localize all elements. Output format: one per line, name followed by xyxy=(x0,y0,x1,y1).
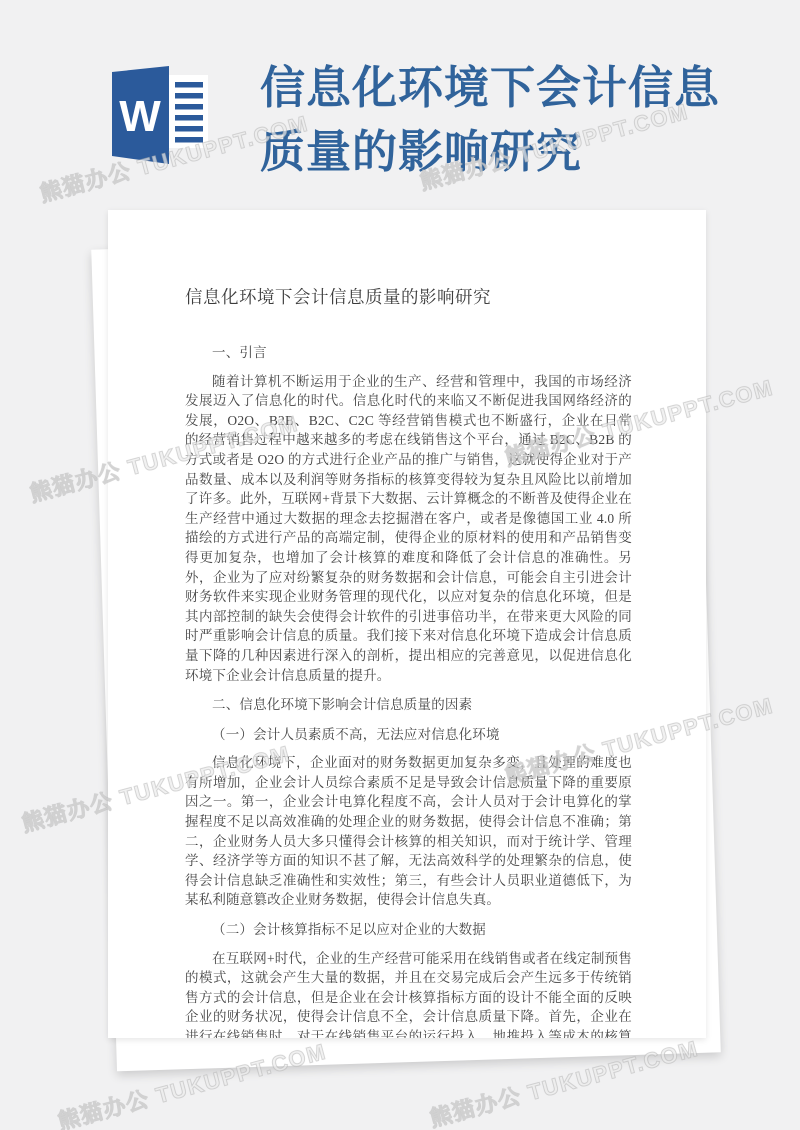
word-icon-w-letter: W xyxy=(119,92,161,141)
document-page: 信息化环境下会计信息质量的影响研究 一、引言 随着计算机不断运用于企业的生产、经… xyxy=(108,210,706,1038)
page-title-line2: 质量的影响研究 xyxy=(260,120,730,184)
word-file-icon-svg: W xyxy=(112,64,212,168)
subsection-heading-accounting-indicators: （二）会计核算指标不足以应对企业的大数据 xyxy=(185,920,632,940)
section-heading-introduction: 一、引言 xyxy=(185,343,632,363)
paragraph-introduction: 随着计算机不断运用于企业的生产、经营和管理中，我国的市场经济发展迈入了信息化的时… xyxy=(185,372,632,686)
paragraph-personnel-quality: 信息化环境下，企业面对的财务数据更加复杂多变，且处理的难度也有所增加，企业会计人… xyxy=(185,753,632,910)
paragraph-accounting-indicators: 在互联网+时代，企业的生产经营可能采用在线销售或者在线定制预售的模式，这就会产生… xyxy=(185,949,632,1038)
page-title-line1: 信息化环境下会计信息 xyxy=(260,56,730,120)
document-title: 信息化环境下会计信息质量的影响研究 xyxy=(185,284,632,309)
section-heading-factors: 二、信息化环境下影响会计信息质量的因素 xyxy=(185,695,632,715)
page-title: 信息化环境下会计信息 质量的影响研究 xyxy=(260,56,730,184)
subsection-heading-personnel-quality: （一）会计人员素质不高，无法应对信息化环境 xyxy=(185,725,632,745)
header: W 信息化环境下会计信息 质量的影响研究 xyxy=(0,0,800,200)
word-icon: W xyxy=(112,64,212,168)
